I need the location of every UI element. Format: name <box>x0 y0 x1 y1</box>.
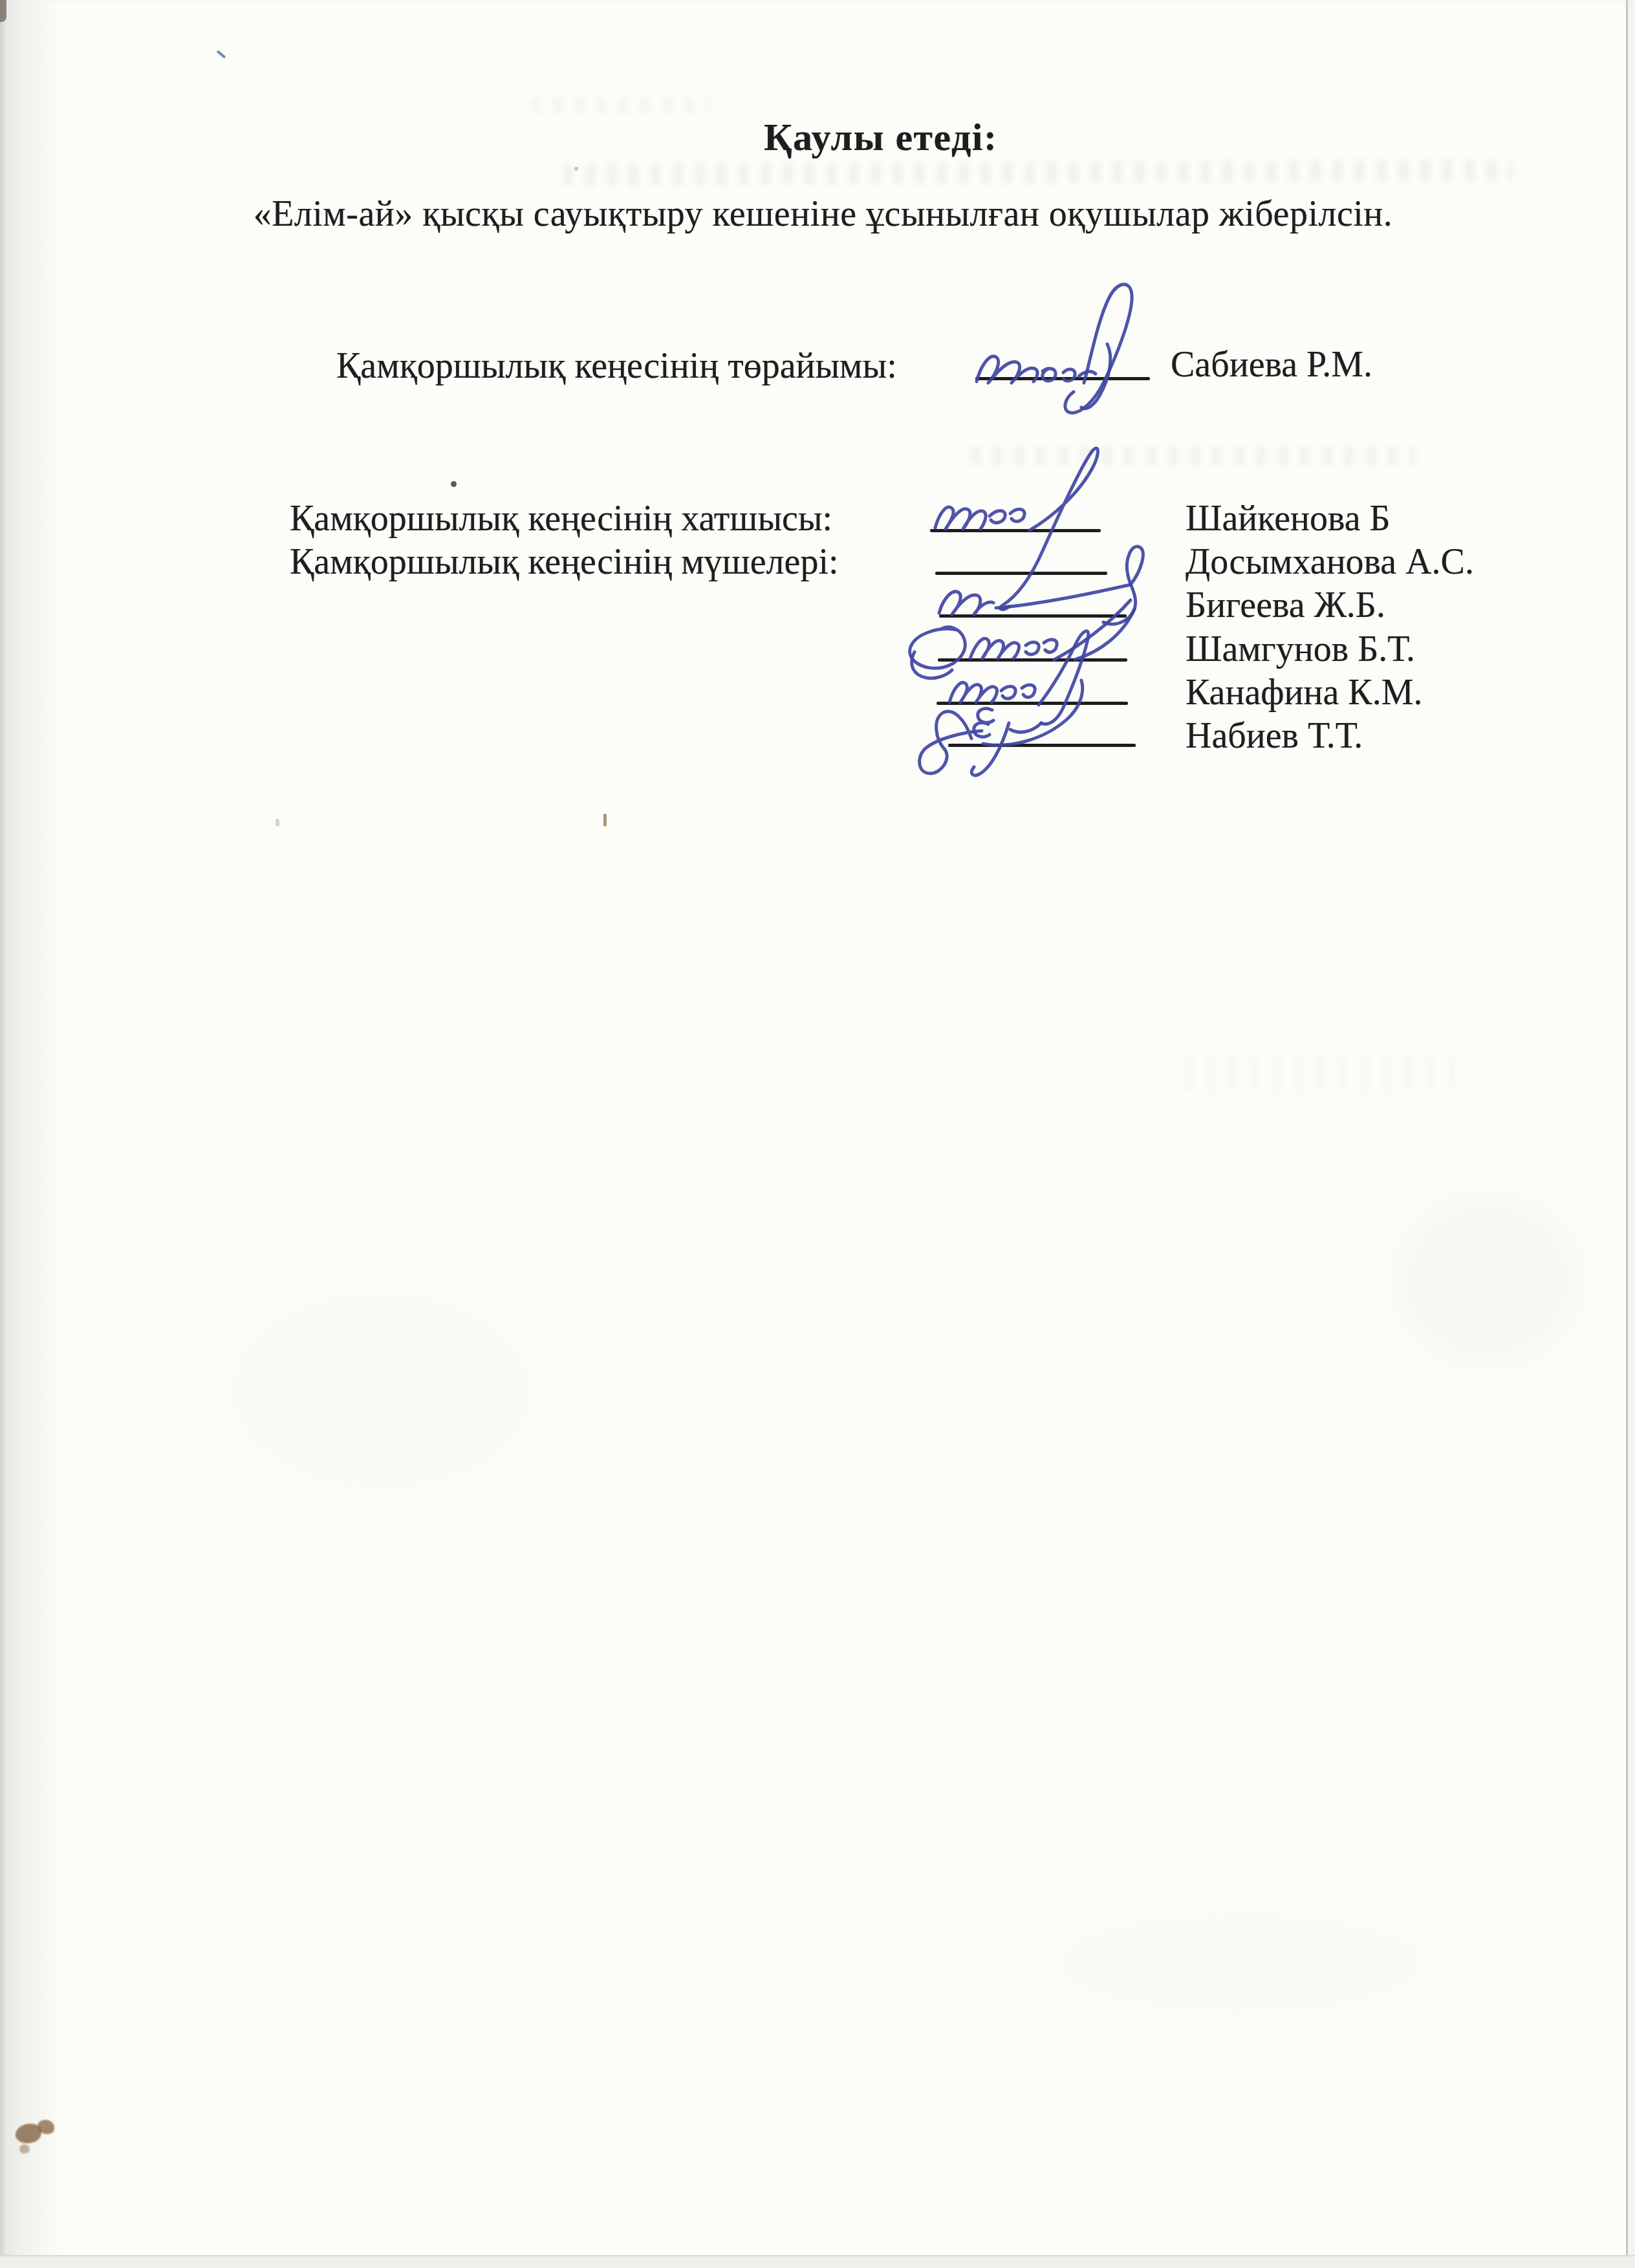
paper-speck <box>603 814 607 826</box>
resolution-text: «Елім-ай» қысқы сауықтыру кешеніне ұсыны… <box>236 193 1410 235</box>
signature-ink-stroke <box>935 507 986 529</box>
paper-speck <box>451 481 457 487</box>
scan-edge-bottom <box>0 2255 1635 2268</box>
bleed-through-artifact <box>1061 1914 1423 2011</box>
member-name: Бигеева Ж.Б. <box>1186 585 1385 626</box>
chair-name: Сабиева Р.М. <box>1171 344 1372 385</box>
signature-ink-stroke <box>949 682 997 702</box>
signature-ink-stroke <box>920 711 982 773</box>
page-title: Қаулы етеді: <box>764 115 997 160</box>
bleed-through-artifact <box>1184 1054 1455 1093</box>
bleed-through-artifact <box>530 97 711 114</box>
member-name: Канафина К.М. <box>1186 672 1423 713</box>
member-name: Шайкенова Б <box>1186 498 1391 539</box>
scan-edge-left <box>0 0 60 2268</box>
signatures-ink <box>893 272 1171 789</box>
signature-ink-stroke <box>996 585 1131 608</box>
scan-edge-right <box>1626 0 1635 2268</box>
members-label: Қамқоршылық кеңесінің мүшелері: <box>290 541 839 583</box>
signature-ink-stroke <box>990 509 1024 523</box>
signature-ink-stroke <box>1065 285 1132 413</box>
member-name: Набиев Т.Т. <box>1186 715 1363 757</box>
bleed-through-artifact <box>233 1293 530 1487</box>
secretary-label: Қамқоршылық кеңесінің хатшысы: <box>290 498 832 539</box>
bleed-through-artifact <box>563 159 1513 186</box>
chair-label: Қамқоршылық кеңесінің төрайымы: <box>336 345 897 387</box>
member-name: Шамгунов Б.Т. <box>1186 629 1415 670</box>
signature-ink-stroke <box>1010 723 1041 732</box>
signature-ink-stroke <box>977 356 1037 383</box>
paper-speck <box>574 167 578 171</box>
pen-mark <box>217 50 226 58</box>
signature-ink-stroke <box>970 638 1057 658</box>
scan-edge-top <box>0 0 1635 3</box>
signature-ink-stroke <box>939 592 993 614</box>
signature-ink-stroke <box>910 627 966 669</box>
member-name: Досымханова А.С. <box>1186 541 1474 583</box>
signature-ink-stroke <box>1001 448 1098 610</box>
signature-ink-stroke <box>1001 685 1035 698</box>
paper-speck <box>276 819 279 826</box>
document-scan: Қаулы етеді: «Елім-ай» қысқы сауықтыру к… <box>0 0 1635 2268</box>
bleed-through-artifact <box>1391 1190 1585 1371</box>
